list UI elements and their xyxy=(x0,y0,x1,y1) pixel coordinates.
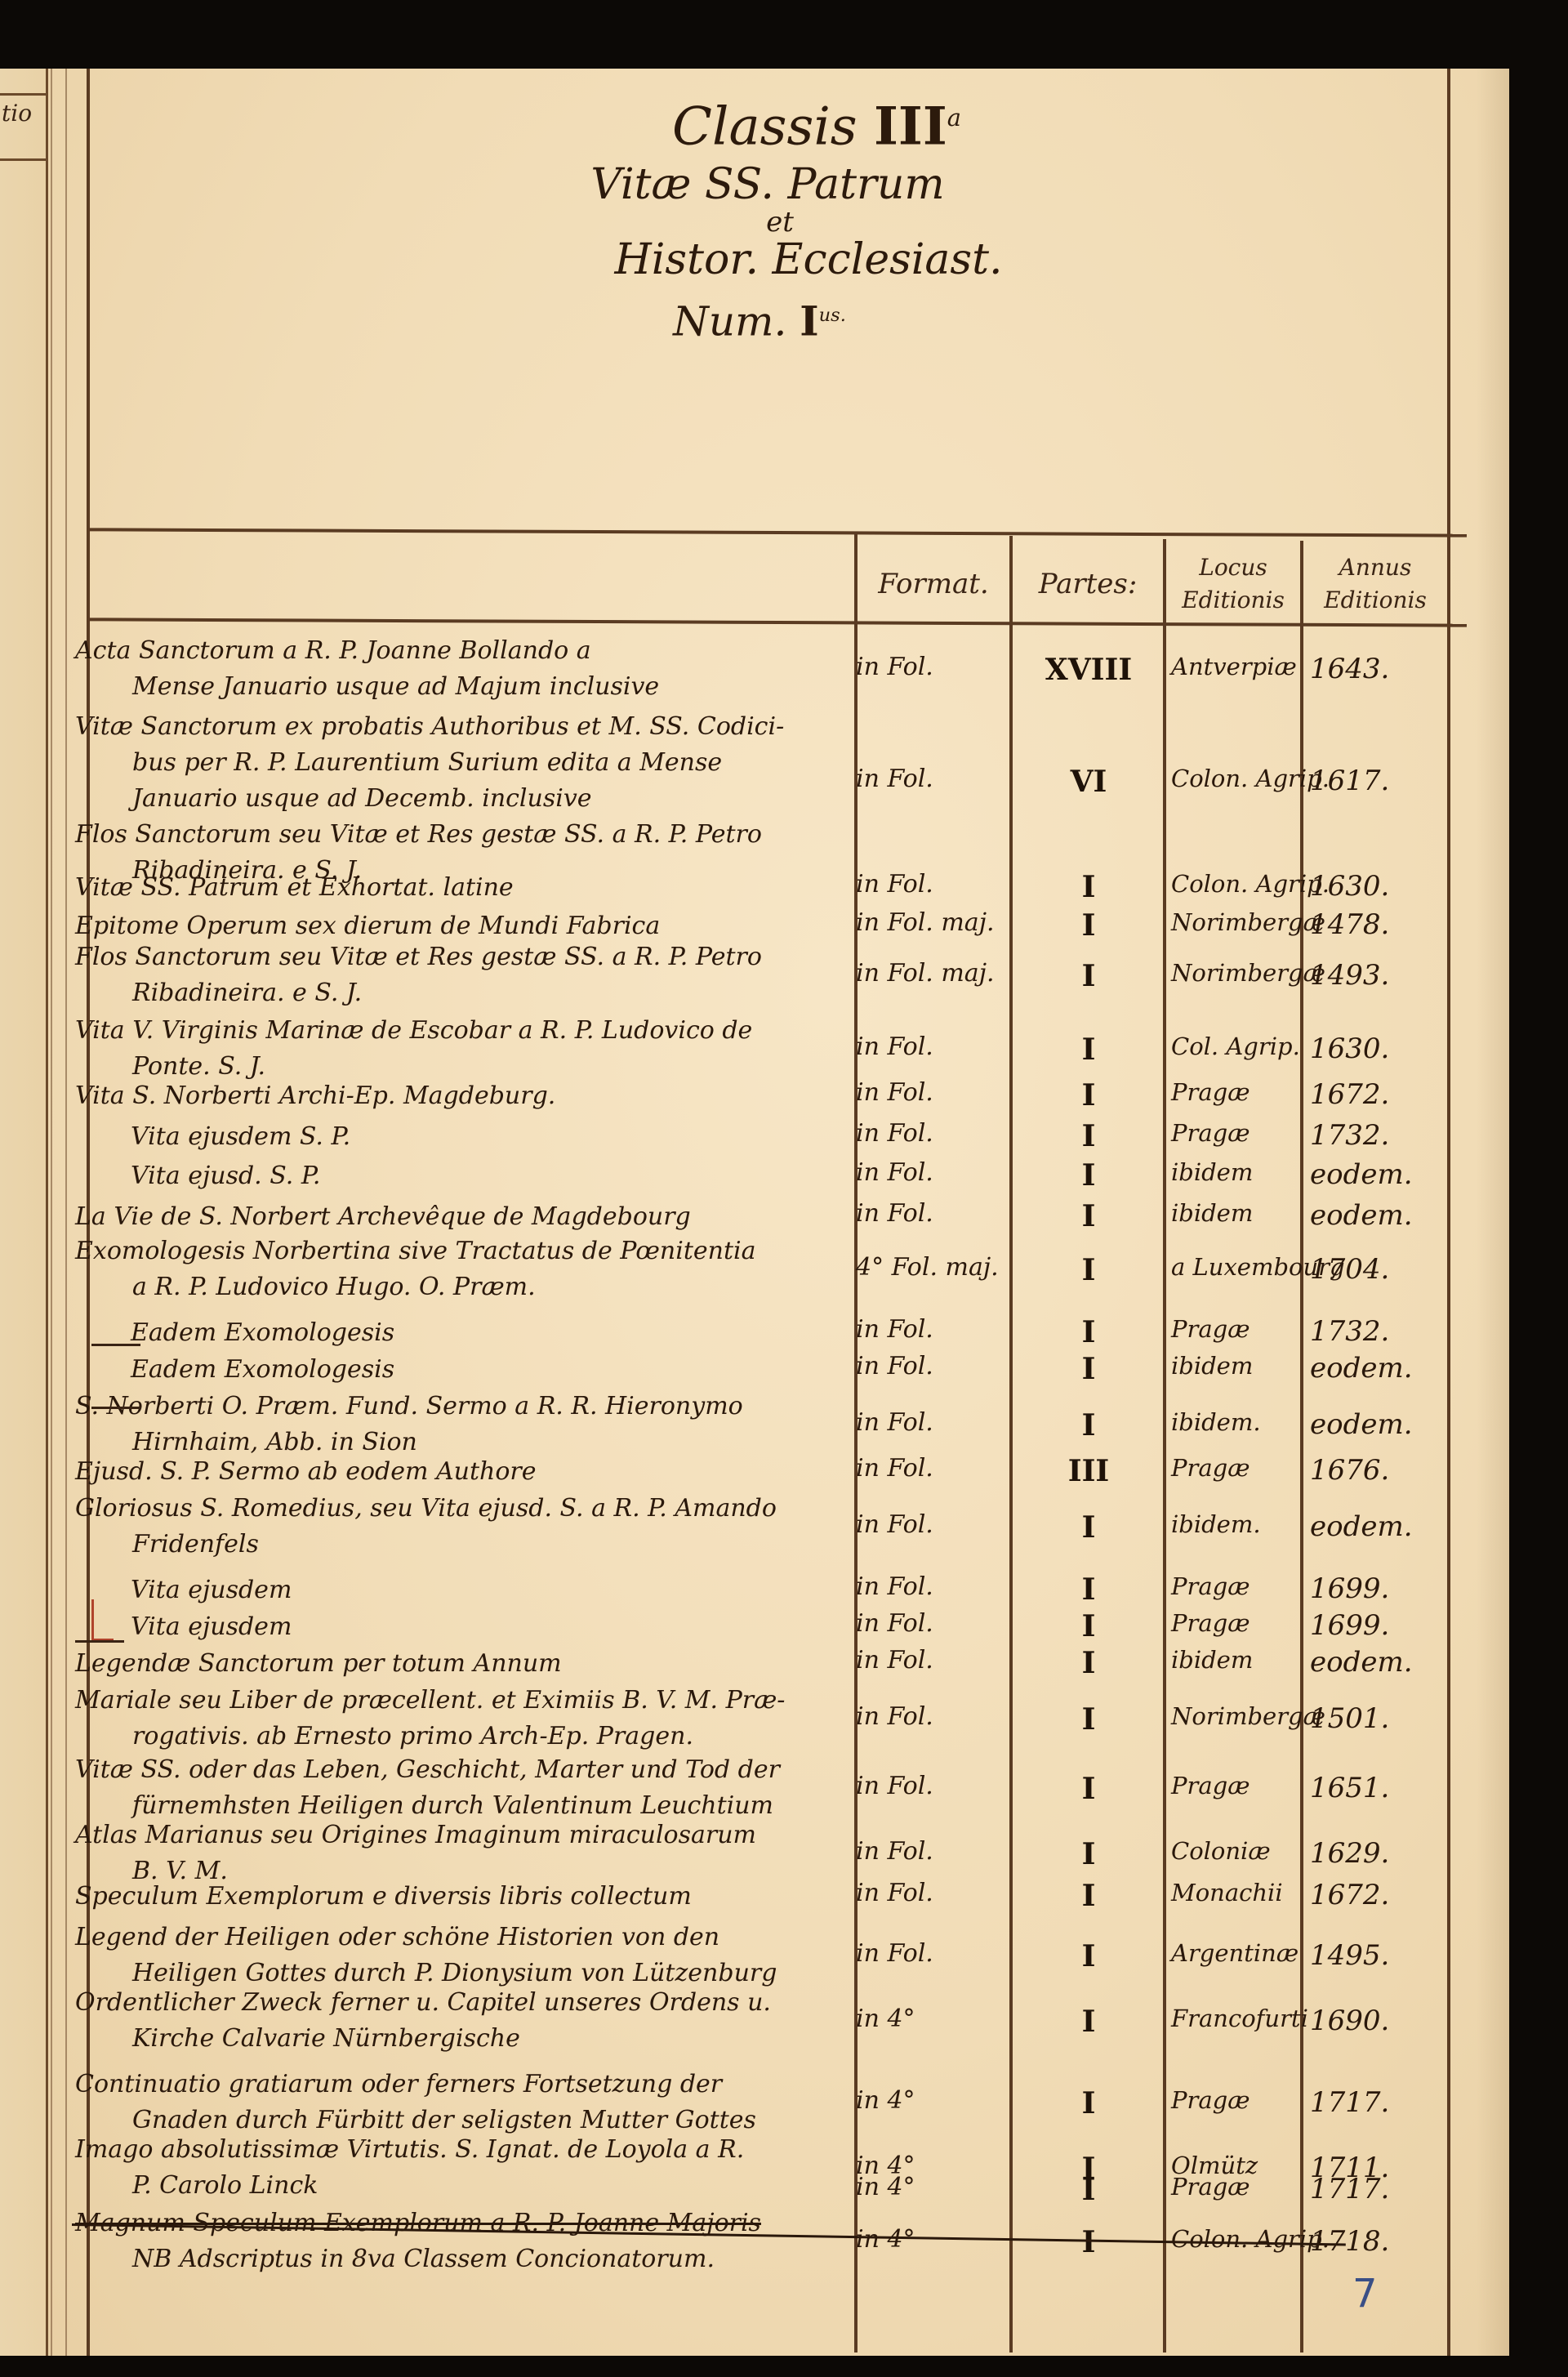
entry-title: Ejusd. S. P. Sermo ab eodem Authore xyxy=(75,1454,826,1490)
entry-underline-mark xyxy=(91,1407,140,1409)
annus-cell: 1704. xyxy=(1303,1253,1444,1286)
locus-cell: Pragæ xyxy=(1166,2086,1307,2114)
entry-title: S. Norberti O. Præm. Fund. Sermo a R. R.… xyxy=(75,1389,826,1461)
locus-cell: Col. Agrip. xyxy=(1166,1032,1307,1060)
annus-cell: 1699. xyxy=(1303,1572,1444,1605)
entry-title-line: Vita ejusdem xyxy=(131,1572,882,1608)
annus-cell: eodem. xyxy=(1303,1158,1444,1191)
partes-cell: I xyxy=(1013,1253,1165,1287)
partes-cell: I xyxy=(1013,1837,1165,1871)
entry-title-line: Vita ejusdem S. P. xyxy=(131,1119,882,1155)
partes-cell: I xyxy=(1013,1510,1165,1545)
entry-underline-mark xyxy=(75,1640,124,1643)
locus-cell: Pragæ xyxy=(1166,1572,1307,1600)
locus-cell: Pragæ xyxy=(1166,1609,1307,1637)
format-cell: in Fol. xyxy=(849,765,1011,793)
format-cell: in Fol. xyxy=(849,1199,1011,1228)
annus-cell: 1617. xyxy=(1303,765,1444,797)
partes-cell: I xyxy=(1013,1939,1165,1973)
annus-cell: 1718. xyxy=(1303,2225,1444,2258)
locus-cell: Pragæ xyxy=(1166,2173,1307,2201)
locus-cell: Antverpiæ xyxy=(1166,653,1307,680)
column-header-annus: AnnusEditionis xyxy=(1303,539,1447,629)
locus-cell: Francofurti xyxy=(1166,2005,1307,2032)
locus-cell: ibidem. xyxy=(1166,1510,1307,1538)
heading-line-et: et xyxy=(449,211,1111,234)
annus-cell: 1495. xyxy=(1303,1939,1444,1972)
partes-cell: III xyxy=(1013,1454,1165,1488)
entry-title-line: Vitæ SS. oder das Leben, Geschicht, Mart… xyxy=(75,1752,826,1788)
format-cell: in Fol. xyxy=(849,653,1011,681)
annus-cell: 1732. xyxy=(1303,1315,1444,1348)
partes-cell: I xyxy=(1013,1646,1165,1680)
entry-title-line: Ejusd. S. P. Sermo ab eodem Authore xyxy=(75,1454,826,1490)
locus-cell: Colon. Agrip. xyxy=(1166,765,1307,792)
format-column-rule xyxy=(854,533,857,2352)
entry-title-line: Vitæ Sanctorum ex probatis Authoribus et… xyxy=(75,709,826,745)
heading-num: Num. xyxy=(673,298,786,346)
previous-page-edge: tio xyxy=(0,69,48,2356)
entry-title: Vita ejusdem xyxy=(131,1572,882,1608)
entry-title-line: Eadem Exomologesis xyxy=(131,1315,882,1351)
entry-title: Imago absolutissimæ Virtutis. S. Ignat. … xyxy=(75,2132,826,2204)
format-cell: in Fol. xyxy=(849,870,1011,899)
annus-cell: 1643. xyxy=(1303,653,1444,685)
entry-title: Vita ejusdem xyxy=(131,1609,882,1645)
entry-title: Eadem Exomologesis xyxy=(131,1315,882,1351)
locus-cell: Pragæ xyxy=(1166,1772,1307,1799)
format-cell: in Fol. xyxy=(849,1702,1011,1731)
annus-cell: 1732. xyxy=(1303,1119,1444,1152)
heading-class-suffix: a xyxy=(947,104,961,132)
entry-title-line: S. Norberti O. Præm. Fund. Sermo a R. R.… xyxy=(75,1389,826,1425)
entry-title-line: Eadem Exomologesis xyxy=(131,1352,882,1388)
partes-cell: I xyxy=(1013,1119,1165,1153)
entry-title-line: Acta Sanctorum a R. P. Joanne Bollando a xyxy=(75,633,826,669)
locus-cell: Norimbergæ xyxy=(1166,908,1307,936)
entry-title: Vita ejusd. S. P. xyxy=(131,1158,882,1194)
format-cell: in 4° xyxy=(849,2173,1011,2201)
entry-title-line: Imago absolutissimæ Virtutis. S. Ignat. … xyxy=(75,2132,826,2168)
entry-title: Legendæ Sanctorum per totum Annum xyxy=(75,1646,826,1682)
partes-cell: I xyxy=(1013,908,1165,943)
partes-cell: I xyxy=(1013,1879,1165,1913)
gutter-fold xyxy=(51,69,52,2356)
locus-cell: ibidem xyxy=(1166,1199,1307,1227)
annus-cell: eodem. xyxy=(1303,1510,1444,1543)
annus-cell: 1629. xyxy=(1303,1837,1444,1870)
entry-title: Vita S. Norberti Archi-Ep. Magdeburg. xyxy=(75,1078,826,1114)
entry-title-line: Vita ejusdem xyxy=(131,1609,882,1645)
column-header-locus: LocusEditionis xyxy=(1166,539,1300,629)
entry-title-continuation: P. Carolo Linck xyxy=(75,2168,826,2204)
locus-cell: ibidem xyxy=(1166,1352,1307,1380)
entry-title-line: Ordentlicher Zweck ferner u. Capitel uns… xyxy=(75,1985,826,2021)
format-cell: in Fol. xyxy=(849,1609,1011,1638)
heading-class-number: III xyxy=(874,96,947,157)
annus-column-rule xyxy=(1300,541,1303,2352)
entry-title-line: La Vie de S. Norbert Archevêque de Magde… xyxy=(75,1199,826,1235)
entry-title: Vita ejusdem S. P. xyxy=(131,1119,882,1155)
format-cell: in Fol. xyxy=(849,1510,1011,1539)
entry-title-line: Legendæ Sanctorum per totum Annum xyxy=(75,1646,826,1682)
entry-title-line: Vitæ SS. Patrum et Exhortat. latine xyxy=(75,870,826,906)
locus-cell: Monachii xyxy=(1166,1879,1307,1907)
entry-title: Eadem Exomologesis xyxy=(131,1352,882,1388)
entry-title-line: Gloriosus S. Romedius, seu Vita ejusd. S… xyxy=(75,1491,826,1527)
entry-title: Exomologesis Norbertina sive Tractatus d… xyxy=(75,1233,826,1305)
entry-title-line: Atlas Marianus seu Origines Imaginum mir… xyxy=(75,1817,826,1853)
locus-cell: Pragæ xyxy=(1166,1315,1307,1343)
previous-page-fragment: tio xyxy=(2,100,32,127)
partes-cell: I xyxy=(1013,1078,1165,1113)
entry-title-line: Vita ejusd. S. P. xyxy=(131,1158,882,1194)
gutter-fold xyxy=(65,69,67,2356)
entry-underline-mark xyxy=(91,1344,140,1346)
annus-cell: eodem. xyxy=(1303,1352,1444,1385)
heading-classis: Classis xyxy=(672,96,857,157)
format-cell: in Fol. xyxy=(849,1646,1011,1675)
format-cell: in Fol. xyxy=(849,1408,1011,1437)
format-cell: in Fol. maj. xyxy=(849,959,1011,988)
entry-title: Mariale seu Liber de præcellent. et Exim… xyxy=(75,1683,826,1755)
partes-cell: I xyxy=(1013,1352,1165,1386)
entry-title-line: Legend der Heiligen oder schöne Historie… xyxy=(75,1920,826,1956)
format-cell: in Fol. xyxy=(849,1352,1011,1380)
previous-page-rule xyxy=(0,158,46,161)
format-cell: in Fol. xyxy=(849,1119,1011,1148)
entry-title-continuation: bus per R. P. Laurentium Surium edita a … xyxy=(75,745,826,781)
format-cell: in Fol. maj. xyxy=(849,908,1011,937)
entry-title-continuation: Januario usque ad Decemb. inclusive xyxy=(75,781,826,817)
entry-title: Flos Sanctorum seu Vitæ et Res gestæ SS.… xyxy=(75,939,826,1011)
locus-cell: Pragæ xyxy=(1166,1454,1307,1482)
format-cell: in Fol. xyxy=(849,1939,1011,1968)
format-cell: in Fol. xyxy=(849,1315,1011,1344)
partes-cell: I xyxy=(1013,2173,1165,2207)
partes-cell: I xyxy=(1013,1408,1165,1443)
locus-cell: ibidem xyxy=(1166,1158,1307,1186)
entry-title-line: Mariale seu Liber de præcellent. et Exim… xyxy=(75,1683,826,1719)
annus-cell: 1690. xyxy=(1303,2005,1444,2037)
annus-cell: 1672. xyxy=(1303,1879,1444,1911)
entry-title-continuation: Mense Januario usque ad Majum inclusive xyxy=(75,669,826,705)
annus-cell: 1478. xyxy=(1303,908,1444,941)
catalogue-heading: Classis IIIa Vitæ SS. Patrum et Histor. … xyxy=(523,86,1111,351)
red-pencil-bracket xyxy=(91,1599,114,1641)
entry-title: Ordentlicher Zweck ferner u. Capitel uns… xyxy=(75,1985,826,2057)
locus-cell: Coloniæ xyxy=(1166,1837,1307,1865)
entry-title-line: Flos Sanctorum seu Vitæ et Res gestæ SS.… xyxy=(75,939,826,975)
entry-title: Vitæ Sanctorum ex probatis Authoribus et… xyxy=(75,709,826,817)
previous-page-rule xyxy=(0,93,46,96)
format-cell: in Fol. xyxy=(849,1032,1011,1061)
column-header-format: Format. xyxy=(857,539,1009,629)
entry-title-line: Vita V. Virginis Marinæ de Escobar a R. … xyxy=(75,1013,826,1049)
annus-cell: 1699. xyxy=(1303,1609,1444,1642)
entry-title-line: Exomologesis Norbertina sive Tractatus d… xyxy=(75,1233,826,1269)
partes-cell: I xyxy=(1013,1315,1165,1349)
format-cell: in Fol. xyxy=(849,1772,1011,1800)
entry-title: La Vie de S. Norbert Archevêque de Magde… xyxy=(75,1199,826,1235)
annus-cell: eodem. xyxy=(1303,1646,1444,1679)
heading-line-histor: Histor. Ecclesiast. xyxy=(506,234,1111,286)
right-margin-rule xyxy=(1447,69,1450,2356)
entry-title-continuation: Fridenfels xyxy=(75,1527,826,1563)
format-cell: in 4° xyxy=(849,2005,1011,2033)
annus-cell: 1672. xyxy=(1303,1078,1444,1111)
locus-cell: Pragæ xyxy=(1166,1119,1307,1147)
entry-title: Gloriosus S. Romedius, seu Vita ejusd. S… xyxy=(75,1491,826,1563)
partes-cell: I xyxy=(1013,1199,1165,1233)
partes-cell: I xyxy=(1013,1772,1165,1806)
locus-cell: Pragæ xyxy=(1166,1078,1307,1106)
annus-cell: 1630. xyxy=(1303,1032,1444,1065)
entry-title: Vita V. Virginis Marinæ de Escobar a R. … xyxy=(75,1013,826,1085)
partes-cell: I xyxy=(1013,870,1165,904)
heading-num-value: I xyxy=(800,297,818,346)
partes-cell: I xyxy=(1013,1572,1165,1607)
annus-cell: 1717. xyxy=(1303,2086,1444,2119)
entry-title-line: Vita S. Norberti Archi-Ep. Magdeburg. xyxy=(75,1078,826,1114)
locus-cell: Colon. Agrip. xyxy=(1166,870,1307,898)
format-cell: in Fol. xyxy=(849,1572,1011,1601)
partes-cell: I xyxy=(1013,2086,1165,2121)
partes-cell: I xyxy=(1013,1158,1165,1193)
locus-column-rule xyxy=(1163,539,1166,2352)
partes-cell: I xyxy=(1013,1032,1165,1067)
locus-cell: Colon. Agrip. xyxy=(1166,2225,1307,2253)
locus-cell: ibidem. xyxy=(1166,1408,1307,1436)
entry-title: Speculum Exemplorum e diversis libris co… xyxy=(75,1879,826,1915)
format-cell: in Fol. xyxy=(849,1879,1011,1907)
annus-cell: 1651. xyxy=(1303,1772,1444,1804)
entry-title-line: Magnum Speculum Exemplorum a R. P. Joann… xyxy=(75,2205,826,2241)
heading-num-suffix: us. xyxy=(819,305,846,326)
entry-title-continuation: rogativis. ab Ernesto primo Arch-Ep. Pra… xyxy=(75,1719,826,1755)
partes-cell: I xyxy=(1013,959,1165,993)
format-cell: in 4° xyxy=(849,2086,1011,2115)
entry-title-continuation: Ribadineira. e S. J. xyxy=(75,975,826,1011)
locus-cell: ibidem xyxy=(1166,1646,1307,1674)
annus-cell: eodem. xyxy=(1303,1199,1444,1232)
partes-cell: I xyxy=(1013,2005,1165,2039)
entry-title: Acta Sanctorum a R. P. Joanne Bollando a… xyxy=(75,633,826,705)
locus-cell: a Luxembourg xyxy=(1166,1253,1307,1281)
locus-cell: Argentinæ xyxy=(1166,1939,1307,1967)
format-cell: 4° Fol. maj. xyxy=(849,1253,1011,1282)
locus-cell: Norimbergæ xyxy=(1166,1702,1307,1730)
entry-title-continuation: a R. P. Ludovico Hugo. O. Præm. xyxy=(75,1269,826,1305)
entry-title-line: Flos Sanctorum seu Vitæ et Res gestæ SS.… xyxy=(75,817,826,853)
entry-title-line: Speculum Exemplorum e diversis libris co… xyxy=(75,1879,826,1915)
entry-title: Magnum Speculum Exemplorum a R. P. Joann… xyxy=(75,2205,826,2277)
format-cell: in Fol. xyxy=(849,1837,1011,1866)
entry-title: Vitæ SS. oder das Leben, Geschicht, Mart… xyxy=(75,1752,826,1824)
annus-cell: 1717. xyxy=(1303,2173,1444,2205)
heading-line-vitae: Vitæ SS. Patrum xyxy=(425,158,1111,211)
annus-cell: 1501. xyxy=(1303,1702,1444,1735)
format-cell: in Fol. xyxy=(849,1158,1011,1187)
locus-cell: Norimbergæ xyxy=(1166,959,1307,987)
partes-column-rule xyxy=(1009,536,1013,2352)
format-cell: in Fol. xyxy=(849,1078,1011,1107)
annus-cell: 1676. xyxy=(1303,1454,1444,1487)
partes-cell: I xyxy=(1013,1609,1165,1643)
page-number: 7 xyxy=(1352,2271,1378,2317)
entry-title: Continuatio gratiarum oder ferners Forts… xyxy=(75,2067,826,2138)
partes-cell: VI xyxy=(1013,765,1165,799)
partes-cell: XVIII xyxy=(1013,653,1165,687)
partes-cell: I xyxy=(1013,1702,1165,1737)
entry-title: Vitæ SS. Patrum et Exhortat. latine xyxy=(75,870,826,906)
entry-title-line: Continuatio gratiarum oder ferners Forts… xyxy=(75,2067,826,2103)
column-header-partes: Partes: xyxy=(1013,539,1163,629)
entry-title-continuation: Kirche Calvarie Nürnbergische xyxy=(75,2021,826,2057)
annus-cell: eodem. xyxy=(1303,1408,1444,1441)
entry-title-continuation: NB Adscriptus in 8va Classem Concionator… xyxy=(75,2241,826,2277)
format-cell: in Fol. xyxy=(849,1454,1011,1483)
annus-cell: 1493. xyxy=(1303,959,1444,992)
annus-cell: 1630. xyxy=(1303,870,1444,903)
entry-title: Legend der Heiligen oder schöne Historie… xyxy=(75,1920,826,1991)
